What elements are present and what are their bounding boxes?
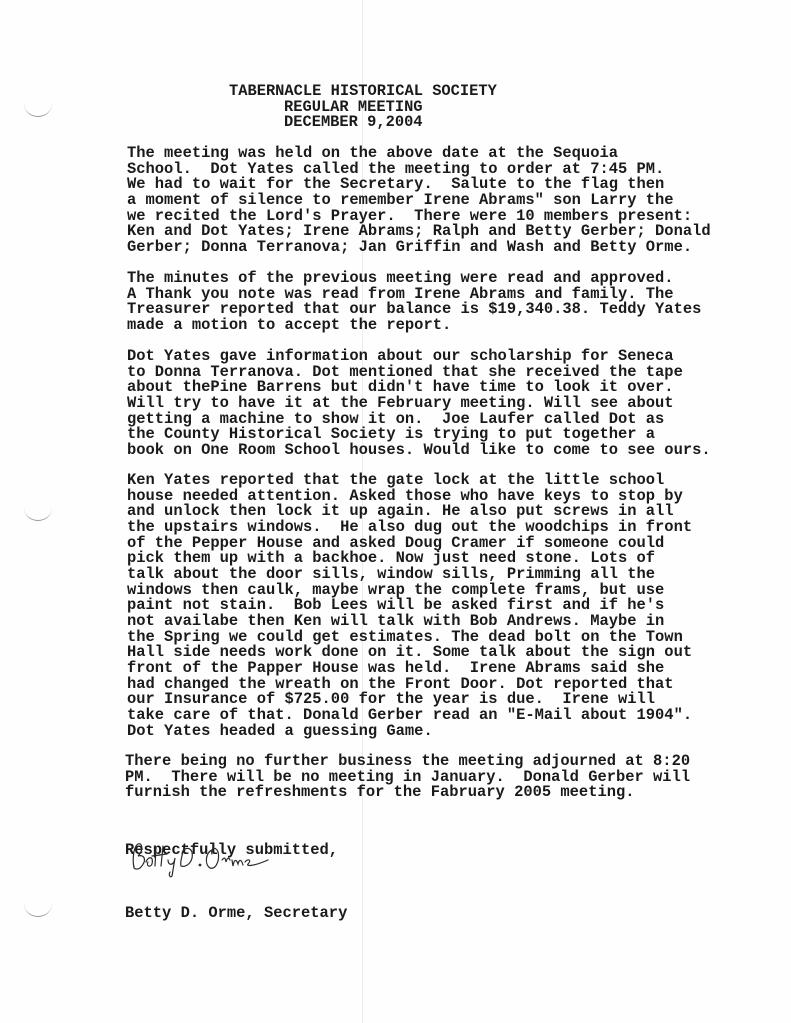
paragraph-scholarship: Dot Yates gave information about our sch… [127, 349, 711, 459]
punch-hole-bottom [24, 904, 52, 917]
paragraph-attendance: The meeting was held on the above date a… [127, 146, 711, 256]
document-heading: TABERNACLE HISTORICAL SOCIETY REGULAR ME… [0, 84, 791, 131]
paragraph-adjournment: There being no further business the meet… [125, 754, 690, 801]
meeting-date: DECEMBER 9,2004 [284, 115, 791, 131]
text-line: book on One Room School houses. Would li… [127, 443, 711, 459]
punch-hole-middle [24, 508, 52, 521]
text-line: Dot Yates headed a guessing Game. [127, 724, 692, 740]
signatory-block: Betty D. Orme, Secretary [125, 875, 347, 938]
text-line: furnish the refreshments for the Fabruar… [125, 785, 690, 801]
text-line: made a motion to accept the report. [127, 318, 701, 334]
paragraph-buildings: Ken Yates reported that the gate lock at… [127, 473, 692, 739]
text-line: Gerber; Donna Terranova; Jan Griffin and… [127, 240, 711, 256]
handwritten-signature: Betty D. Orme [128, 838, 278, 878]
signatory-name-title: Betty D. Orme, Secretary [125, 906, 347, 922]
paragraph-minutes-treasurer: The minutes of the previous meeting were… [127, 271, 701, 334]
